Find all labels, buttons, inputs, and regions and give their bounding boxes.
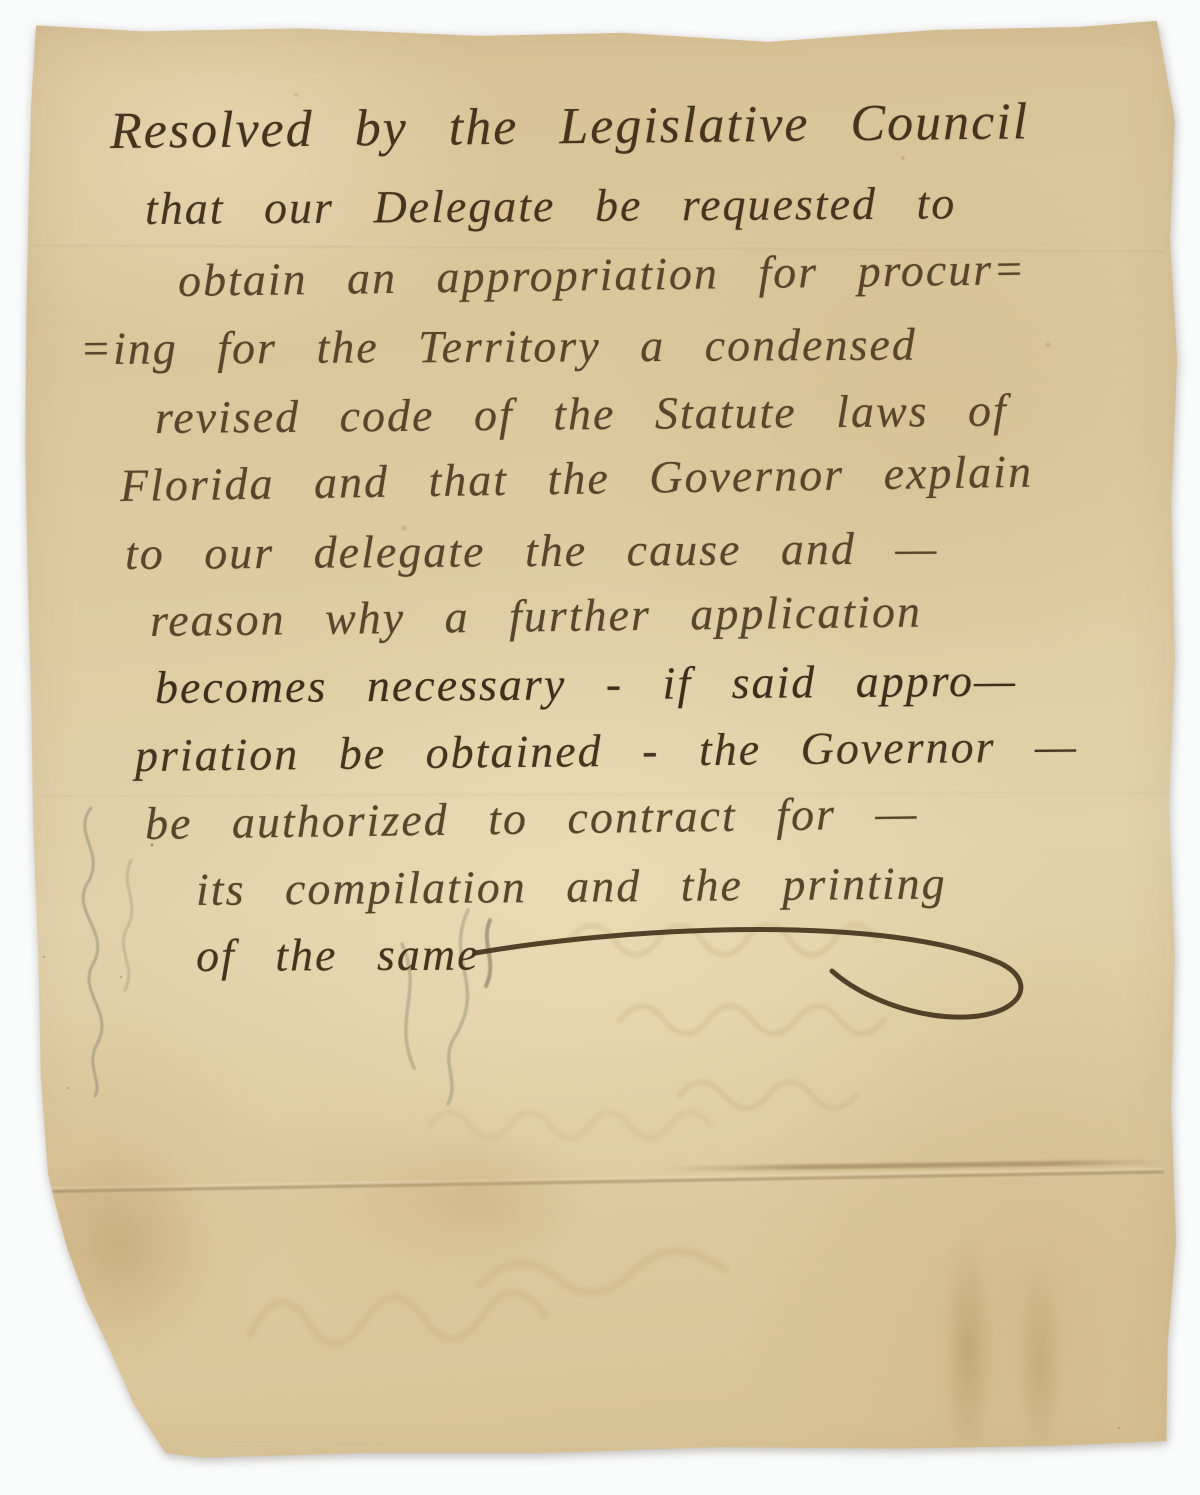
fold-crease-bottom-dark-segment (660, 1159, 1164, 1171)
closing-flourish-stroke (470, 915, 1070, 1075)
paper-shadow-wrap: Resolved by the Legislative Council that… (0, 0, 1200, 1495)
manuscript-line: to our delegate the cause and — (125, 521, 939, 580)
manuscript-line: be authorized to contract for — (145, 786, 919, 850)
manuscript-line: =ing for the Territory a condensed (80, 318, 917, 375)
manuscript-line: Florida and that the Governor explain (120, 445, 1034, 512)
manuscript-line: priation be obtained - the Governor — (135, 719, 1078, 782)
manuscript-line: revised code of the Statute laws of (155, 384, 1008, 444)
manuscript-line: becomes necessary - if said appro— (155, 653, 1017, 714)
bleedthrough-ghost-writing-1 (560, 880, 1120, 1140)
manuscript-line: its compilation and the printing (196, 856, 947, 916)
bleedthrough-ghost-writing-2 (230, 1225, 770, 1385)
stain-bottom-right (905, 1230, 1085, 1450)
bleedthrough-ghost-writing-3 (420, 1075, 840, 1165)
paper-sheet: Resolved by the Legislative Council that… (0, 0, 1200, 1495)
manuscript-line: that our Delegate be requested to (145, 176, 957, 235)
manuscript-line: Resolved by the Legislative Council (110, 92, 1030, 161)
manuscript-line: of the same (196, 928, 480, 982)
stain-near-torn-corner (40, 1130, 240, 1360)
scan-background: Resolved by the Legislative Council that… (0, 0, 1200, 1495)
manuscript-line: reason why a further application (150, 585, 923, 647)
fold-crease-bottom (36, 1168, 1164, 1195)
manuscript-line: obtain an appropriation for procur= (178, 242, 1027, 307)
stain-bottom-middle (350, 1120, 610, 1280)
